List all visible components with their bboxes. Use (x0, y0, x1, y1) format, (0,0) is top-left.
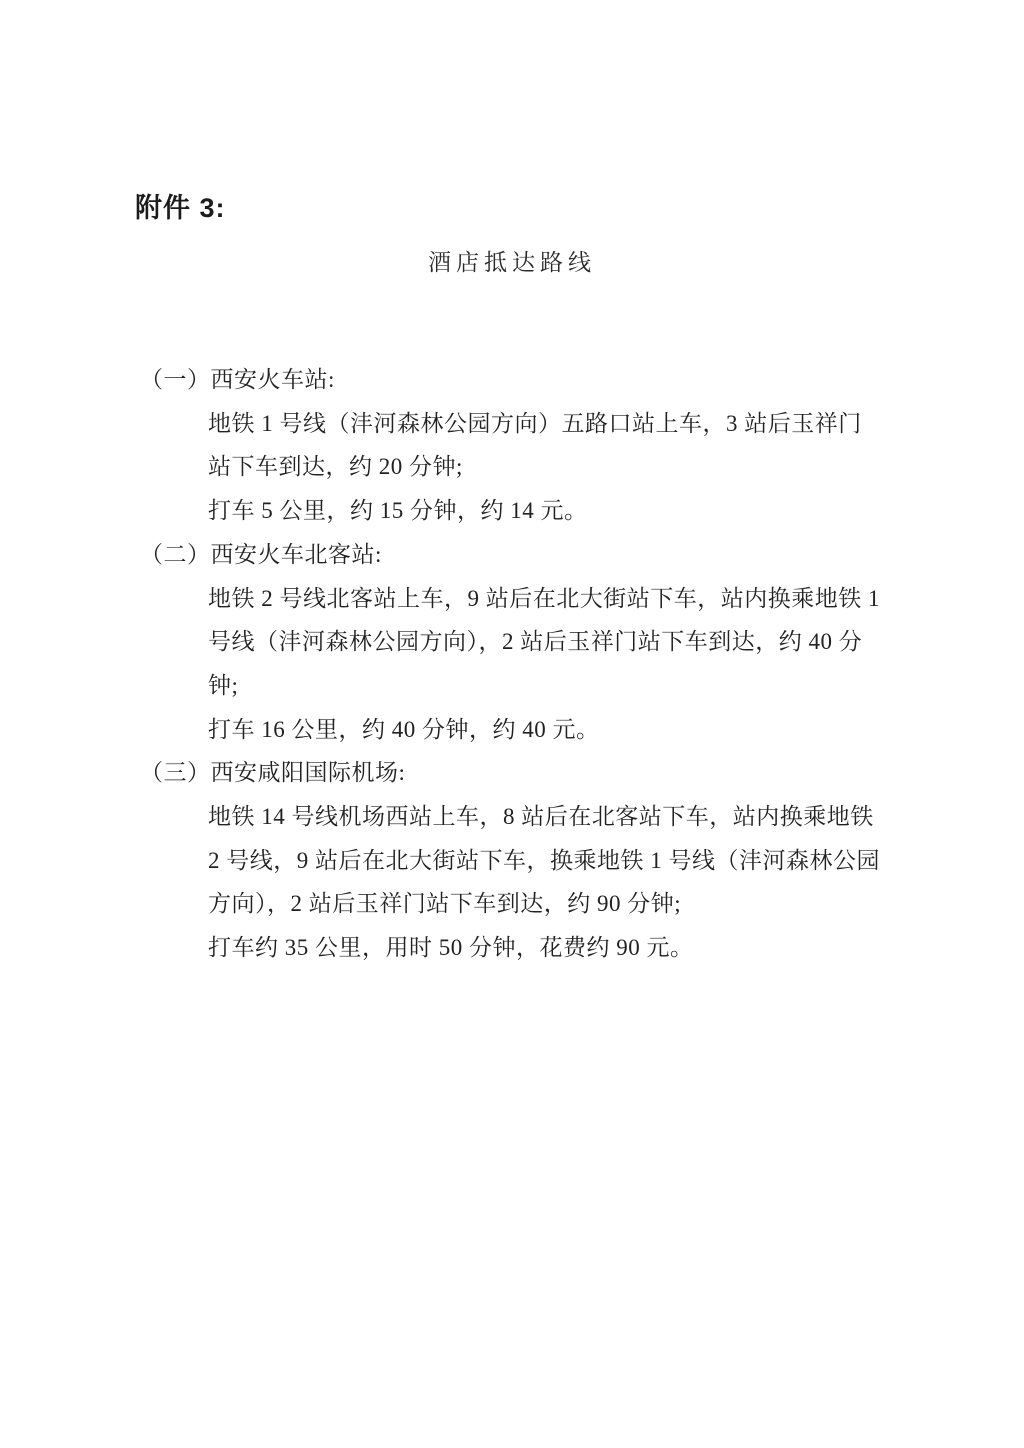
document-page: 附件 3: 酒店抵达路线 （一）西安火车站: 地铁 1 号线（沣河森林公园方向）… (0, 0, 1024, 1448)
body-line: 站下车到达，约 20 分钟; (208, 445, 908, 489)
body-line: 打车 16 公里，约 40 分钟，约 40 元。 (208, 708, 908, 752)
body-line: 方向），2 站后玉祥门站下车到达，约 90 分钟; (208, 882, 908, 926)
section-xian-railway-station: （一）西安火车站: 地铁 1 号线（沣河森林公园方向）五路口站上车，3 站后玉祥… (208, 358, 908, 533)
attachment-label: 附件 3: (135, 186, 226, 225)
section-heading: （二）西安火车北客站: (140, 533, 908, 577)
section-xian-north-railway-station: （二）西安火车北客站: 地铁 2 号线北客站上车，9 站后在北大街站下车，站内换… (208, 533, 908, 752)
body-line: 钟; (208, 664, 908, 708)
body-line: 号线（沣河森林公园方向），2 站后玉祥门站下车到达，约 40 分 (208, 620, 908, 664)
body-line: 地铁 1 号线（沣河森林公园方向）五路口站上车，3 站后玉祥门 (208, 402, 908, 446)
document-title: 酒店抵达路线 (0, 244, 1024, 277)
body-line: 2 号线，9 站后在北大街站下车，换乘地铁 1 号线（沣河森林公园 (208, 839, 908, 883)
section-xianyang-airport: （三）西安咸阳国际机场: 地铁 14 号线机场西站上车，8 站后在北客站下车，站… (208, 751, 908, 970)
body-line: 打车 5 公里，约 15 分钟，约 14 元。 (208, 489, 908, 533)
body-line: 地铁 2 号线北客站上车，9 站后在北大街站下车，站内换乘地铁 1 (208, 577, 908, 621)
body-line: 打车约 35 公里，用时 50 分钟，花费约 90 元。 (208, 926, 908, 970)
document-body: （一）西安火车站: 地铁 1 号线（沣河森林公园方向）五路口站上车，3 站后玉祥… (208, 358, 908, 970)
section-heading: （一）西安火车站: (140, 358, 908, 402)
body-line: 地铁 14 号线机场西站上车，8 站后在北客站下车，站内换乘地铁 (208, 795, 908, 839)
section-heading: （三）西安咸阳国际机场: (140, 751, 908, 795)
